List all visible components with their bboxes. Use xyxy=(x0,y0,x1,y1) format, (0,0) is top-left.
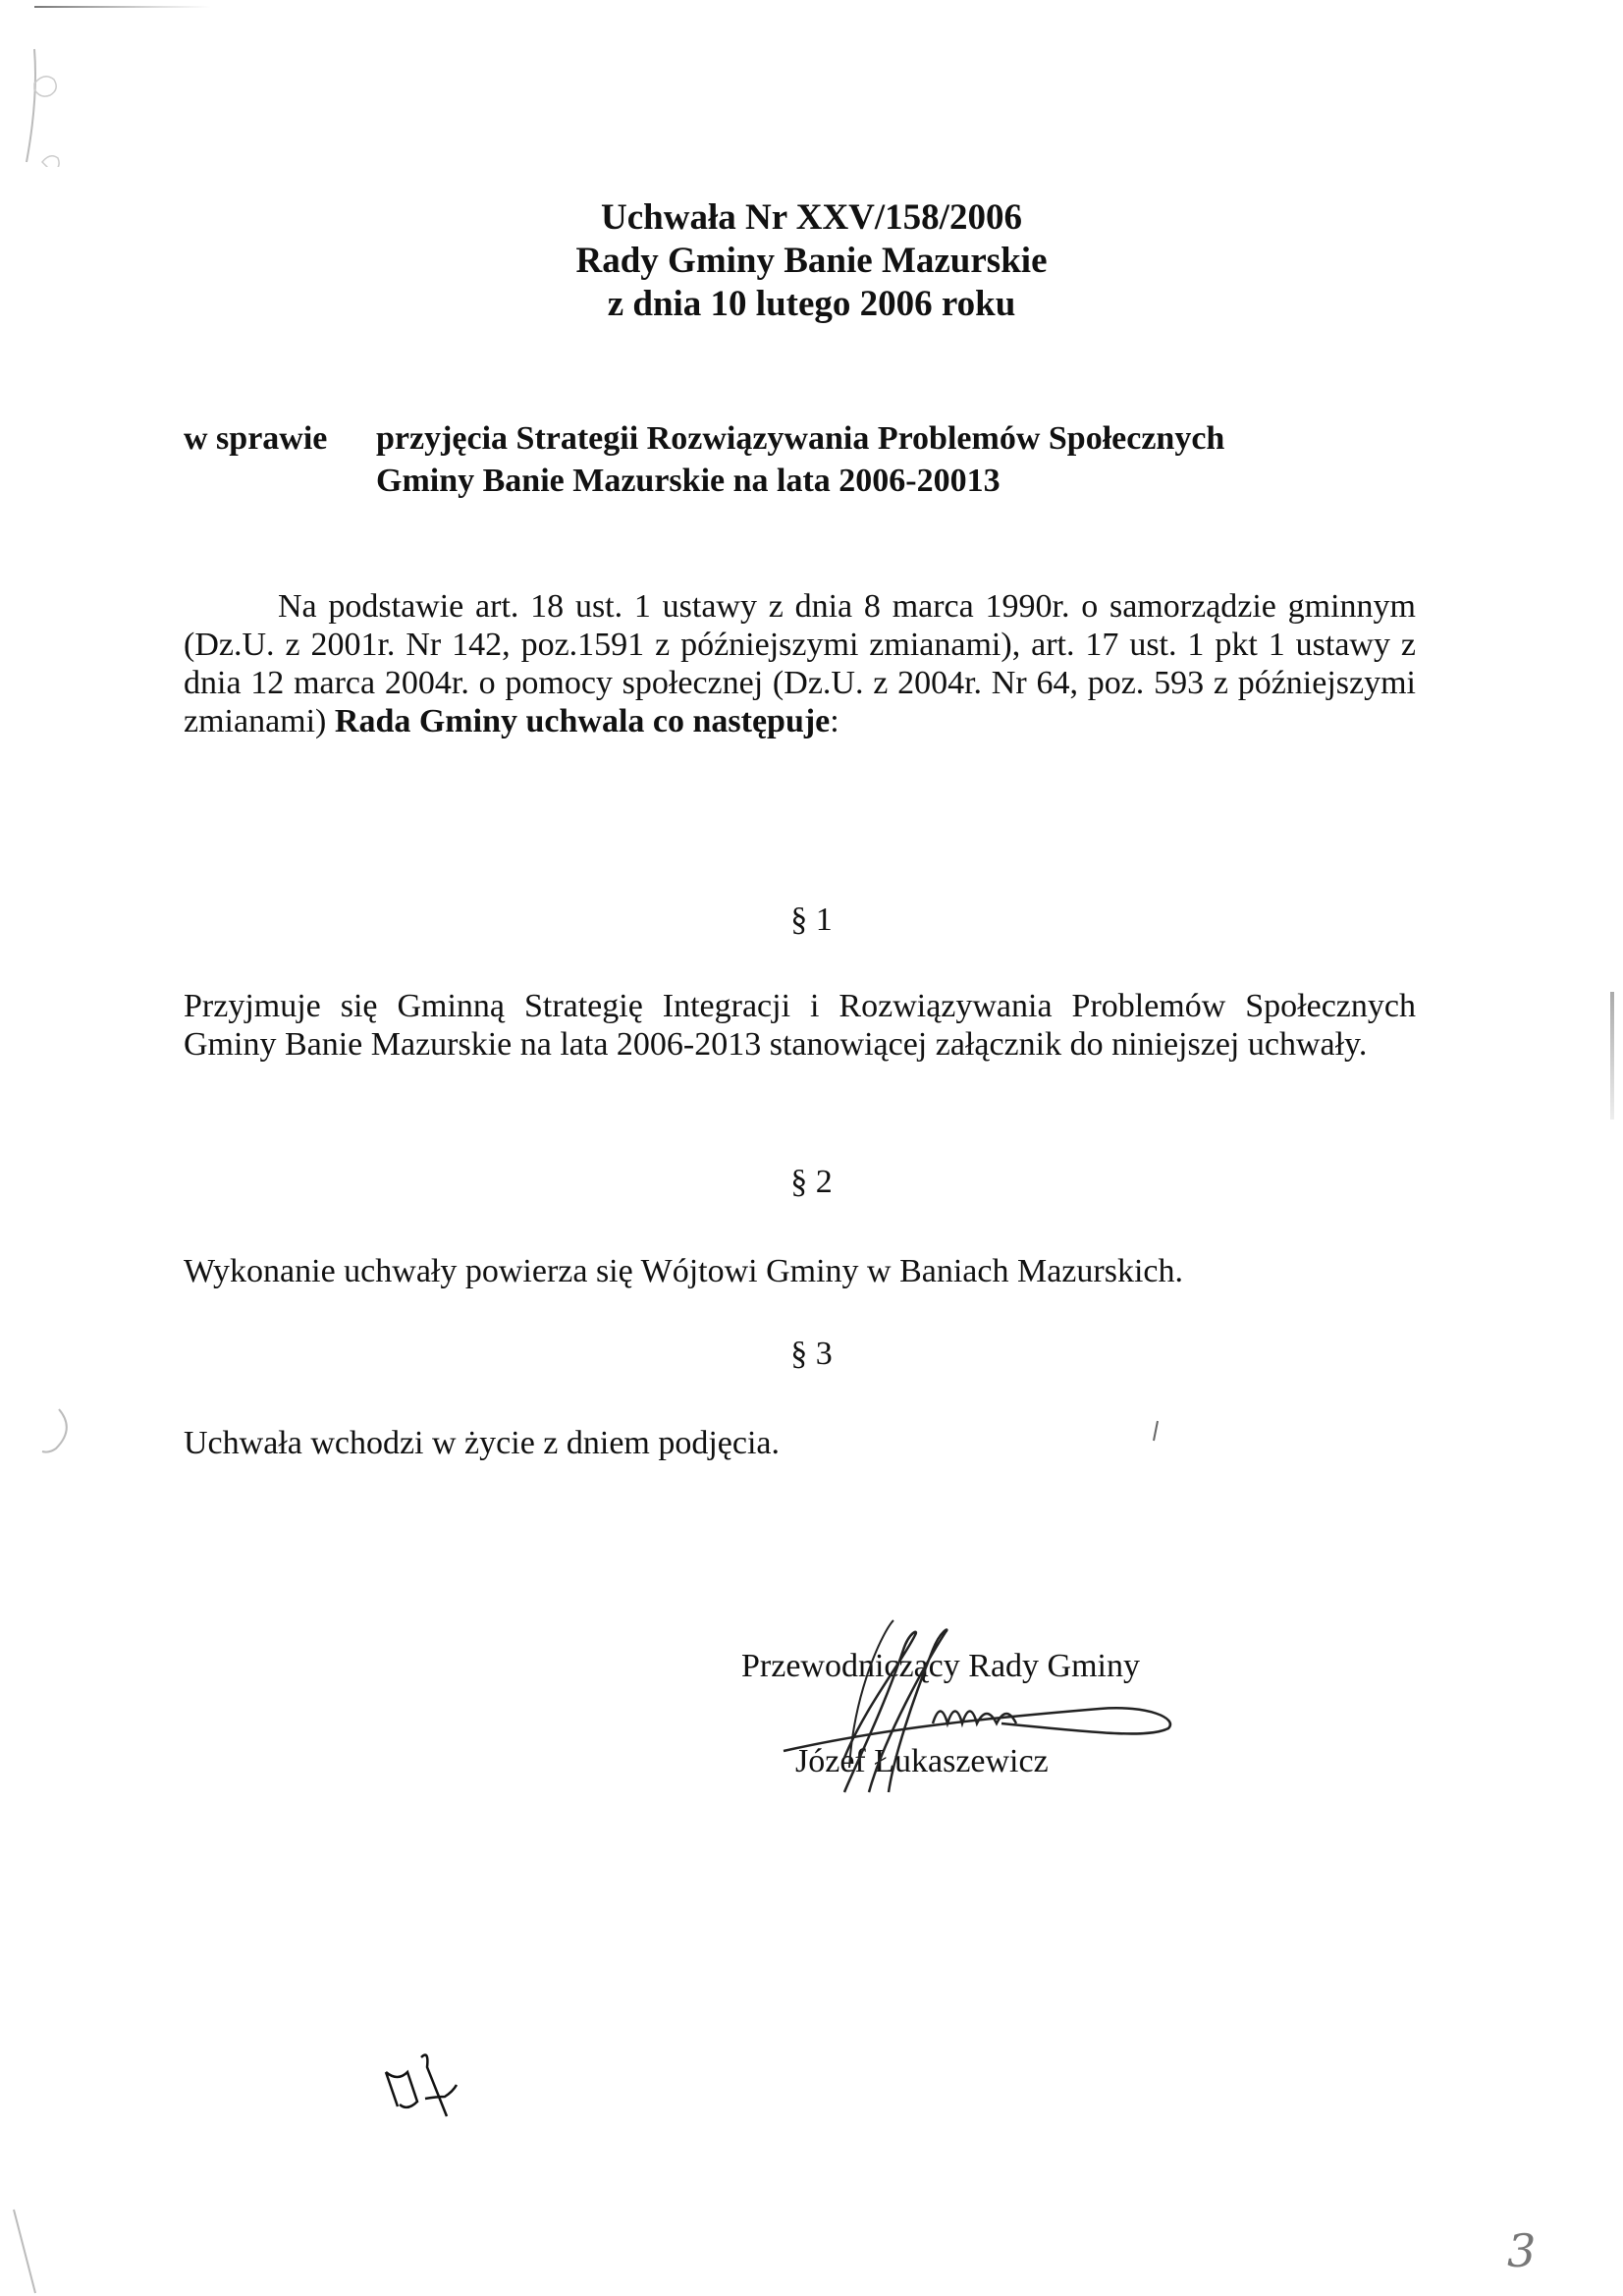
legal-basis-colon: : xyxy=(830,703,839,739)
section-2-text: Wykonanie uchwały powierza się Wójtowi G… xyxy=(184,1252,1416,1290)
section-mark-3: § 3 xyxy=(0,1336,1623,1373)
scanned-document-page: Uchwała Nr XXV/158/2006 Rady Gminy Banie… xyxy=(0,0,1623,2296)
section-1-text: Przyjmuje się Gminną Strategię Integracj… xyxy=(184,987,1416,1064)
scan-edge-artifact-icon xyxy=(15,39,133,167)
council-name: Rady Gminy Banie Mazurskie xyxy=(0,240,1623,283)
scan-edge-line xyxy=(34,6,211,8)
subject-line-2: Gminy Banie Mazurskie na lata 2006-20013 xyxy=(376,460,1001,502)
resolution-number: Uchwała Nr XXV/158/2006 xyxy=(0,196,1623,240)
legal-basis-resolution-phrase: Rada Gminy uchwala co następuje xyxy=(335,703,830,739)
resolution-header: Uchwała Nr XXV/158/2006 Rady Gminy Banie… xyxy=(0,196,1623,326)
scan-edge-artifact-icon xyxy=(10,2205,49,2296)
signature-block: Przewodniczący Rady Gminy Józef Łukaszew… xyxy=(687,1571,1375,1827)
section-mark-2: § 2 xyxy=(0,1164,1623,1201)
section-3-text: Uchwała wchodzi w życie z dniem podjęcia… xyxy=(184,1424,1416,1462)
resolution-date: z dnia 10 lutego 2006 roku xyxy=(0,283,1623,326)
handwritten-page-number: 3 xyxy=(1507,2224,1536,2277)
handwritten-signature-icon xyxy=(687,1571,1375,1827)
subject-label: w sprawie xyxy=(184,417,327,460)
legal-basis-paragraph: Na podstawie art. 18 ust. 1 ustawy z dni… xyxy=(184,587,1416,740)
scan-edge-line xyxy=(1610,992,1614,1120)
handwritten-initials-icon xyxy=(378,2048,466,2126)
subject-line-1: przyjęcia Strategii Rozwiązywania Proble… xyxy=(376,417,1224,460)
section-mark-1: § 1 xyxy=(0,902,1623,939)
punch-hole-mark-icon xyxy=(34,1404,74,1458)
